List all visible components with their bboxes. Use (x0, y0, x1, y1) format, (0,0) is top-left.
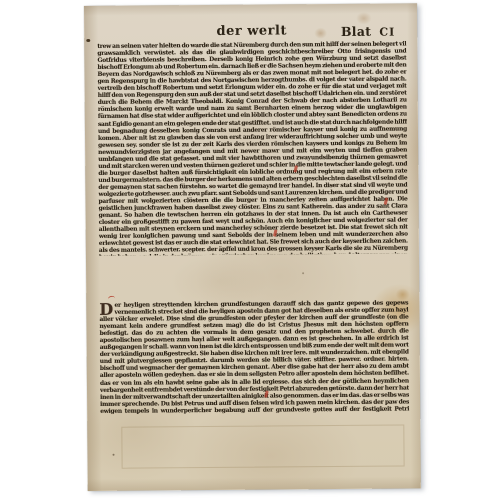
ink-speck (113, 454, 115, 456)
manuscript-page: der werlt BlatCI trew an seinen vater hi… (84, 3, 421, 491)
folio-marker: BlatCI (341, 23, 395, 41)
drop-cap-initial: D (99, 302, 114, 315)
folio-number: CI (379, 26, 395, 39)
paragraph-2-text: er heyligen streyttenden kirchen grundfe… (99, 299, 409, 414)
photo-backdrop: der werlt BlatCI trew an seinen vater hi… (0, 0, 500, 500)
paragraph-1: trew an seinen vater hielten do warde di… (97, 40, 408, 255)
folio-label: Blat (341, 24, 372, 39)
ink-speck (86, 39, 90, 42)
running-head: der werlt BlatCI (97, 22, 406, 40)
faint-impression-frame (121, 424, 404, 468)
ink-speck (302, 272, 304, 274)
paragraph-2: Der heyligen streyttenden kirchen grundf… (99, 299, 409, 414)
